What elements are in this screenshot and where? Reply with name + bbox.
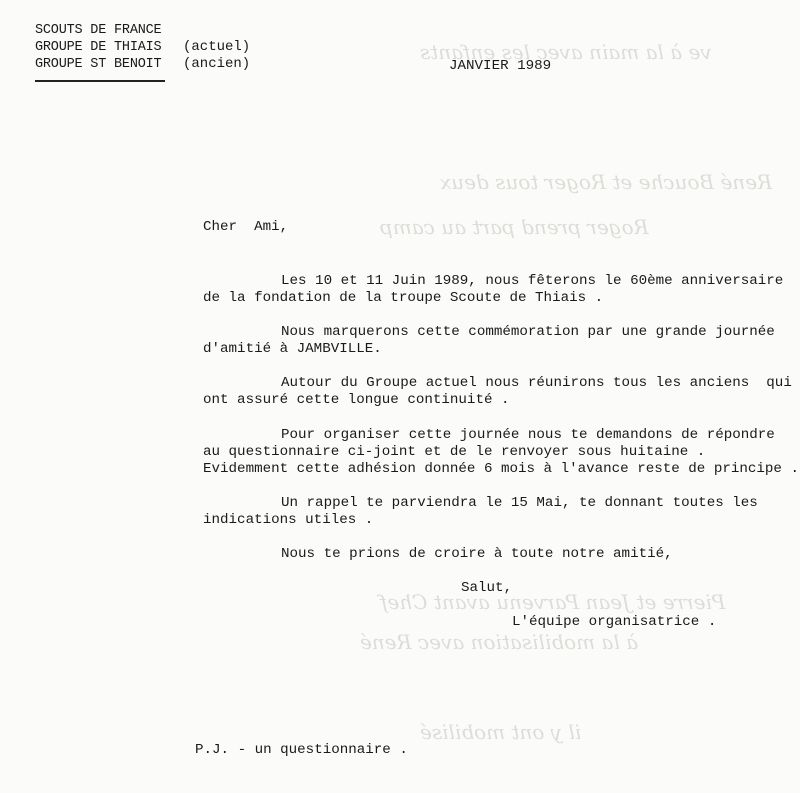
- letter-page: ve à la main avec les enfants René Bouch…: [0, 0, 800, 793]
- paragraph-5-line-2: indications utiles .: [203, 512, 373, 529]
- salut-line: Salut,: [461, 580, 512, 597]
- paragraph-4-line-2: au questionnaire ci-joint et de le renvo…: [203, 444, 705, 461]
- bleed-through-handwriting: à la mobilisation avec René: [360, 630, 638, 654]
- bleed-through-handwriting: René Bouche et Roger tous deux: [440, 170, 772, 194]
- bleed-through-handwriting: il y ont mobilisé: [420, 720, 581, 744]
- paragraph-4-line-3: Evidemment cette adhésion donnée 6 mois …: [203, 461, 799, 478]
- salutation: Cher Ami,: [203, 219, 288, 236]
- paragraph-3-line-1: Autour du Groupe actuel nous réunirons t…: [281, 375, 792, 392]
- letterhead-line-3: GROUPE ST BENOIT: [35, 56, 161, 73]
- paragraph-4-line-1: Pour organiser cette journée nous te dem…: [281, 427, 775, 444]
- paragraph-1-line-1: Les 10 et 11 Juin 1989, nous fêterons le…: [281, 273, 783, 290]
- bleed-through-handwriting: Pierre et Jean Parvenu avant Chef: [380, 590, 725, 614]
- paragraph-5-line-1: Un rappel te parviendra le 15 Mai, te do…: [281, 495, 758, 512]
- closing-line: Nous te prions de croire à toute notre a…: [281, 546, 673, 563]
- paragraph-2-line-1: Nous marquerons cette commémoration par …: [281, 324, 775, 341]
- letterhead-note-former: (ancien): [183, 56, 250, 73]
- signature: L'équipe organisatrice .: [512, 614, 716, 631]
- bleed-through-handwriting: Roger prend part au camp: [380, 215, 649, 239]
- paragraph-2-line-2: d'amitié à JAMBVILLE.: [203, 341, 382, 358]
- letter-date: JANVIER 1989: [449, 58, 551, 75]
- paragraph-3-line-2: ont assuré cette longue continuité .: [203, 392, 510, 409]
- paragraph-1-line-2: de la fondation de la troupe Scoute de T…: [203, 290, 603, 307]
- letterhead-line-2: GROUPE DE THIAIS: [35, 39, 161, 56]
- enclosure-note: P.J. - un questionnaire .: [195, 742, 408, 759]
- letterhead-note-current: (actuel): [183, 39, 250, 56]
- letterhead-line-1: SCOUTS DE FRANCE: [35, 22, 161, 39]
- letterhead-underline: [35, 80, 165, 82]
